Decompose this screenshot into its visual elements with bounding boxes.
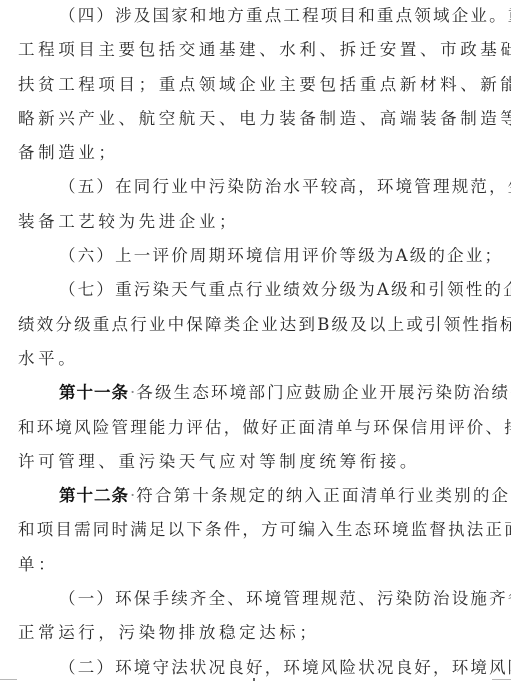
separator-dot: · xyxy=(130,383,135,402)
paragraph-item-7: （七）重污染天气重点行业绩效分级为A级和引领性的企业； 绩效分级重点行业中保障类… xyxy=(18,277,491,380)
text-line: 扶贫工程项目；重点领域企业主要包括重点新材料、新能源等战 xyxy=(18,72,491,106)
text-line: 工程项目主要包括交通基建、水利、拆迁安置、市政基础设施及 xyxy=(18,37,491,71)
article-text: 符合第十条规定的纳入正面清单行业类别的企业 xyxy=(136,486,511,505)
text-line: 水平。 xyxy=(18,346,491,380)
article-11: 第十一条·各级生态环境部门应鼓励企业开展污染防治绩效 和环境风险管理能力评估，做… xyxy=(18,380,491,483)
condition-item-1: （一）环保手续齐全、环境管理规范、污染防治设施齐备且 正常运行，污染物排放稳定达… xyxy=(18,586,491,655)
page-corner-mark-left xyxy=(0,679,17,680)
text-line: 略新兴产业、航空航天、电力装备制造、高端装备制造等现代装 xyxy=(18,106,491,140)
article-text: 各级生态环境部门应鼓励企业开展污染防治绩效 xyxy=(136,383,511,402)
document-page: （四）涉及国家和地方重点工程项目和重点领域企业。重点 工程项目主要包括交通基建、… xyxy=(18,3,491,681)
paragraph-item-6: （六）上一评价周期环境信用评价等级为A级的企业； xyxy=(18,243,491,277)
text-line: 装备工艺较为先进企业； xyxy=(18,209,491,243)
text-line: （六）上一评价周期环境信用评价等级为A级的企业； xyxy=(18,243,491,277)
article-title: 第十一条 xyxy=(59,383,129,402)
text-line: 和环境风险管理能力评估，做好正面清单与环保信用评价、排污 xyxy=(18,415,491,449)
article-12: 第十二条·符合第十条规定的纳入正面清单行业类别的企业 和项目需同时满足以下条件，… xyxy=(18,483,491,586)
separator-dot: · xyxy=(130,486,135,505)
text-line: 和项目需同时满足以下条件，方可编入生态环境监督执法正面清 xyxy=(18,517,491,551)
page-corner-mark-right xyxy=(492,679,511,680)
paragraph-item-5: （五）在同行业中污染防治水平较高，环境管理规范，生产 装备工艺较为先进企业； xyxy=(18,174,491,243)
article-title: 第十二条 xyxy=(59,486,129,505)
paragraph-item-4: （四）涉及国家和地方重点工程项目和重点领域企业。重点 工程项目主要包括交通基建、… xyxy=(18,3,491,174)
text-line: 绩效分级重点行业中保障类企业达到B级及以上或引领性指标 xyxy=(18,312,491,346)
text-line: 备制造业； xyxy=(18,140,491,174)
text-line: 许可管理、重污染天气应对等制度统筹衔接。 xyxy=(18,449,491,483)
text-line: 正常运行，污染物排放稳定达标； xyxy=(18,620,491,654)
text-line: （五）在同行业中污染防治水平较高，环境管理规范，生产 xyxy=(18,174,491,208)
text-line: 单： xyxy=(18,552,491,586)
text-line: （七）重污染天气重点行业绩效分级为A级和引领性的企业； xyxy=(18,277,491,311)
text-line: （四）涉及国家和地方重点工程项目和重点领域企业。重点 xyxy=(18,3,491,37)
text-line: 第十二条·符合第十条规定的纳入正面清单行业类别的企业 xyxy=(18,483,491,517)
text-line: （一）环保手续齐全、环境管理规范、污染防治设施齐备且 xyxy=(18,586,491,620)
text-line: 第十一条·各级生态环境部门应鼓励企业开展污染防治绩效 xyxy=(18,380,491,414)
